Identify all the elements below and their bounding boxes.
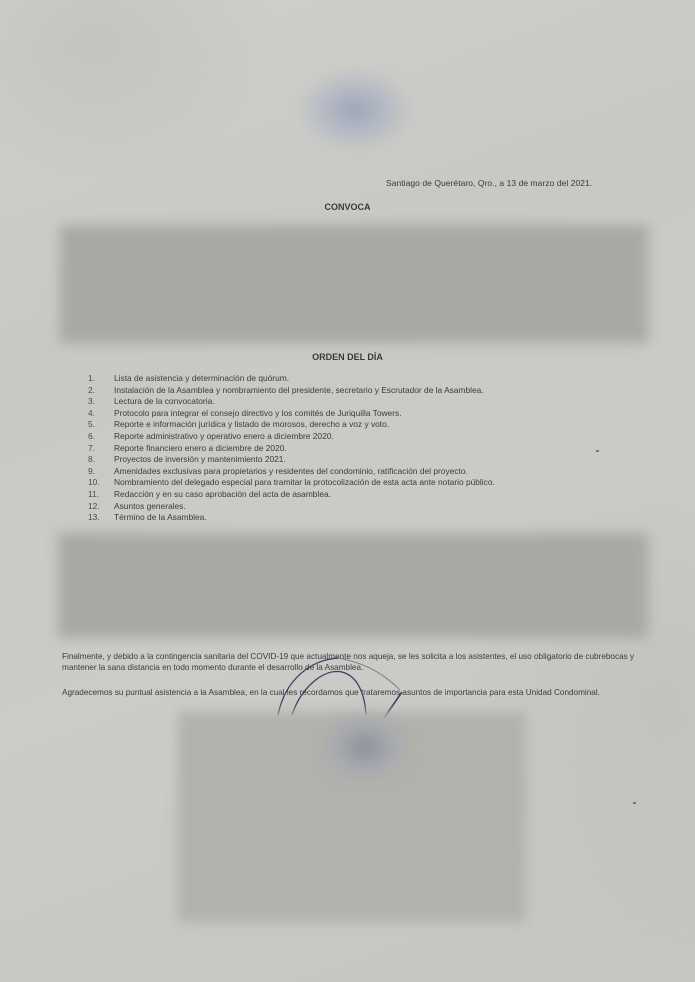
margin-mark [596, 450, 599, 452]
thanks-paragraph: Agradecemos su puntual asistencia a la A… [62, 687, 652, 698]
agenda-item-text: Reporte e información jurídica y listado… [114, 419, 389, 431]
agenda-item-text: Lectura de la convocatoria. [114, 396, 215, 408]
agenda-item-text: Protocolo para integrar el consejo direc… [114, 408, 402, 420]
agenda-item-text: Término de la Asamblea. [114, 512, 207, 524]
agenda-item: 1.Lista de asistencia y determinación de… [88, 373, 495, 385]
agenda-item-number: 7. [88, 443, 114, 455]
redacted-logo [300, 70, 410, 150]
agenda-item: 10.Nombramiento del delegado especial pa… [88, 477, 495, 489]
orden-del-dia-title: ORDEN DEL DÍA [0, 352, 695, 362]
agenda-item: 2.Instalación de la Asamblea y nombramie… [88, 385, 495, 397]
agenda-item-text: Reporte financiero enero a diciembre de … [114, 443, 287, 455]
agenda-item-text: Lista de asistencia y determinación de q… [114, 373, 289, 385]
agenda-item-text: Reporte administrativo y operativo enero… [114, 431, 334, 443]
agenda-item: 13.Término de la Asamblea. [88, 512, 495, 524]
agenda-item-number: 11. [88, 489, 114, 501]
agenda-item-number: 4. [88, 408, 114, 420]
agenda-item: 3.Lectura de la convocatoria. [88, 396, 495, 408]
agenda-item: 11.Redacción y en su caso aprobación del… [88, 489, 495, 501]
agenda-item-text: Amenidades exclusivas para propietarios … [114, 466, 468, 478]
agenda-item-text: Asuntos generales. [114, 501, 186, 513]
redacted-post-agenda-body [58, 533, 648, 638]
agenda-item-number: 13. [88, 512, 114, 524]
agenda-item-number: 10. [88, 477, 114, 489]
agenda-item: 9.Amenidades exclusivas para propietario… [88, 466, 495, 478]
agenda-item: 4.Protocolo para integrar el consejo dir… [88, 408, 495, 420]
agenda-item-text: Instalación de la Asamblea y nombramient… [114, 385, 484, 397]
agenda-item: 8.Proyectos de inversión y mantenimiento… [88, 454, 495, 466]
redacted-signature-mark [320, 712, 410, 782]
agenda-item-number: 3. [88, 396, 114, 408]
location-date: Santiago de Querétaro, Qro., a 13 de mar… [386, 178, 592, 188]
agenda-list: 1.Lista de asistencia y determinación de… [88, 373, 495, 524]
agenda-item: 12.Asuntos generales. [88, 501, 495, 513]
agenda-item-text: Nombramiento del delegado especial para … [114, 477, 495, 489]
agenda-item-text: Proyectos de inversión y mantenimiento 2… [114, 454, 286, 466]
agenda-item-number: 6. [88, 431, 114, 443]
agenda-item-number: 12. [88, 501, 114, 513]
agenda-item: 7.Reporte financiero enero a diciembre d… [88, 443, 495, 455]
agenda-item-number: 1. [88, 373, 114, 385]
agenda-item-number: 5. [88, 419, 114, 431]
agenda-item: 5.Reporte e información jurídica y lista… [88, 419, 495, 431]
agenda-item-number: 2. [88, 385, 114, 397]
convoca-title: CONVOCA [0, 202, 695, 212]
agenda-item-number: 9. [88, 466, 114, 478]
covid-paragraph: Finalmente, y debido a la contingencia s… [62, 651, 652, 674]
agenda-item: 6.Reporte administrativo y operativo ene… [88, 431, 495, 443]
agenda-item-text: Redacción y en su caso aprobación del ac… [114, 489, 331, 501]
agenda-item-number: 8. [88, 454, 114, 466]
redacted-convoca-body [60, 225, 648, 343]
margin-mark [633, 802, 636, 804]
